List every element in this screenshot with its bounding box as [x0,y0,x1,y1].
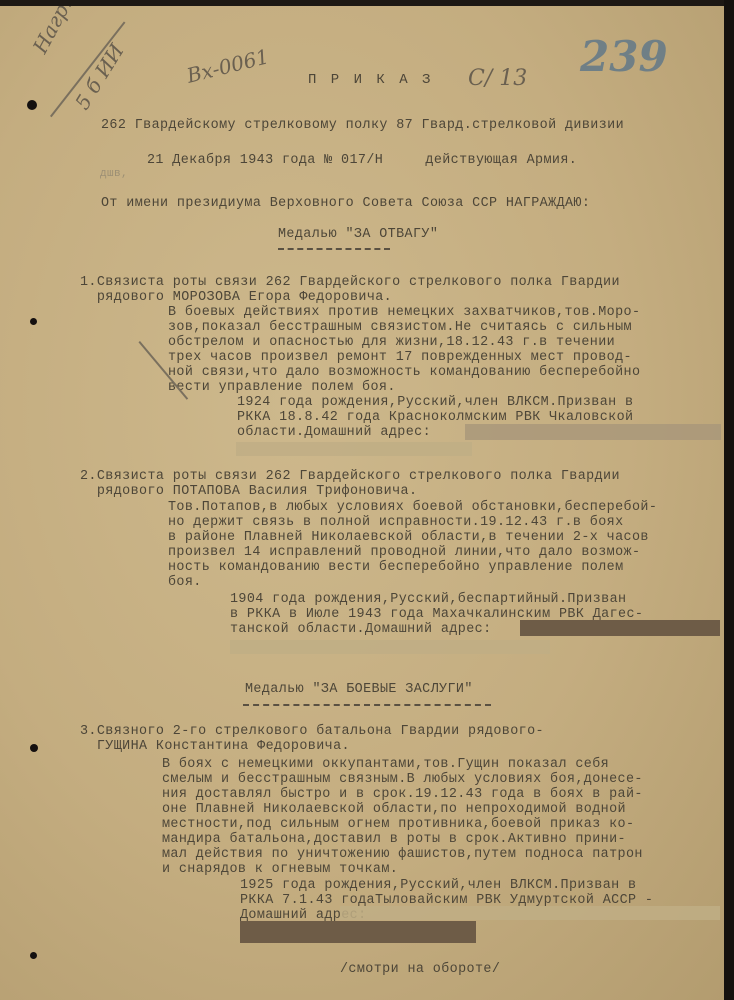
continued-on-reverse: /смотри на обороте/ [340,962,500,978]
entry-1-citation-6: вести управление полем боя. [168,380,396,396]
document-title: П Р И К А З [308,72,433,88]
entry-2-citation-1: Тов.Потапов,в любых условиях боевой обст… [168,500,657,516]
redacted-address [520,620,720,636]
entry-2-citation-3: в районе Плавней Николаевской области,в … [168,530,649,546]
redacted-address [240,921,476,943]
header-authority-line: От имени президиума Верховного Совета Со… [101,196,590,212]
entry-2-bio-1: 1904 года рождения,Русский,беспартийный.… [230,592,626,608]
redacted-address [465,424,721,440]
entry-3-citation-2: смелым и бесстрашным связным.В любых усл… [162,772,643,788]
entry-2-citation-5: ность командованию вести бесперебойно уп… [168,560,624,576]
redacted-address [236,442,472,456]
header-date-line: 21 Декабря 1943 года № 017/Н действующая… [147,153,577,169]
entry-1-citation-5: ной связи,что дало возможность командова… [168,365,640,381]
handwritten-archive-number: 239 [580,32,668,81]
entry-3-title-line-2: ГУЩИНА Константина Федоровича. [80,739,350,755]
medal-heading-for-battle-merit: Медалью "ЗА БОЕВЫЕ ЗАСЛУГИ" [245,682,473,698]
entry-2-citation-6: боя. [168,575,202,591]
heading-underline [278,248,390,250]
entry-1-bio-1: 1924 года рождения,Русский,член ВЛКСМ.Пр… [237,395,633,411]
entry-2-citation-4: произвел 14 исправлений проводной линии,… [168,545,640,561]
entry-3-bio-1: 1925 года рождения,Русский,член ВЛКСМ.Пр… [240,878,636,894]
punch-hole [30,744,38,752]
entry-1-title-line-1: 1.Связиста роты связи 262 Гвардейского с… [80,275,620,291]
entry-2-title-line-1: 2.Связиста роты связи 262 Гвардейского с… [80,469,620,485]
header-faint-stamp: дшв, [100,166,135,182]
entry-3-citation-5: местности,под сильным огнем противника,б… [162,817,634,833]
entry-1-citation-2: зов,показал бесстрашным связистом.Не счи… [168,320,632,336]
punch-hole [30,318,37,325]
entry-3-citation-8: и снарядов к огневым точкам. [162,862,398,878]
entry-2-title-line-2: рядового ПОТАПОВА Василия Трифоновича. [80,484,417,500]
handwritten-incoming-code: Вх-0061 [184,44,271,88]
entry-2-bio-3: танской области.Домашний адрес: [230,622,492,638]
entry-1-bio-3: области.Домашний адрес: [237,425,431,441]
entry-1-citation-4: трех часов произвел ремонт 17 поврежденн… [168,350,632,366]
scan-border-right [724,0,734,1000]
handwritten-note-award: Нагр.к 42 [28,6,97,57]
entry-3-citation-4: оне Плавней Николаевской области,по непр… [162,802,626,818]
punch-hole [30,952,37,959]
entry-1-citation-1: В боевых действиях против немецких захва… [168,305,640,321]
redacted-address [340,906,720,920]
punch-hole [27,100,37,110]
entry-3-citation-7: мал действия по уничтожению фашистов,пут… [162,847,643,863]
document-page: Нагр.к 42 5 б ИИ Вх-0061 С/ 13 239 П Р И… [0,6,724,1000]
heading-underline [243,704,491,706]
handwritten-archive-ref: С/ 13 [468,66,527,91]
entry-3-citation-6: мандира батальона,доставил в роты в срок… [162,832,626,848]
entry-1-citation-3: обстрелом и опасностью для жизни,18.12.4… [168,335,615,351]
medal-heading-for-courage: Медалью "ЗА ОТВАГУ" [278,227,438,243]
redacted-address [230,640,550,654]
header-unit-line: 262 Гвардейскому стрелковому полку 87 Гв… [101,118,624,134]
entry-3-citation-3: ния доставлял быстро и в срок.19.12.43 г… [162,787,643,803]
entry-3-title-line-1: 3.Связного 2-го стрелкового батальона Гв… [80,724,544,740]
entry-1-title-line-2: рядового МОРОЗОВА Егора Федоровича. [80,290,392,306]
entry-3-citation-1: В боях с немецкими оккупантами,тов.Гущин… [162,757,609,773]
entry-2-citation-2: но держит связь в полной исправности.19.… [168,515,624,531]
